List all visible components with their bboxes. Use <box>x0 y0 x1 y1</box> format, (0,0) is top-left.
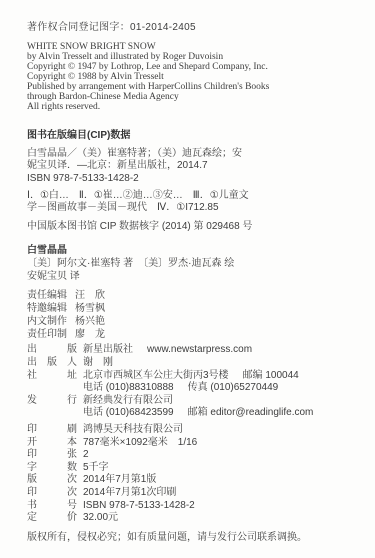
cip-isbn-line: ISBN 978-7-5133-1428-2 <box>27 173 357 185</box>
format-value: 787毫米×1092毫米 1/16 <box>83 437 197 448</box>
row-label: 印张 <box>27 449 77 462</box>
isbn-value: ISBN 978-7-5133-1428-2 <box>83 500 195 511</box>
credit-name: 汪 欣 <box>75 290 105 301</box>
row-label: 版次 <box>27 474 77 487</box>
postal-code: 邮编 100044 <box>243 370 299 381</box>
row-label: 社址 <box>27 370 77 383</box>
cip-class-line: 学－图画故事－美国－现代 Ⅳ．①I712.85 <box>27 202 357 214</box>
printing-info: 印刷鸿博昊天科技有限公司 开本787毫米×1092毫米 1/16 印张2 字数5… <box>27 424 357 525</box>
credit-label: 责任印制 <box>27 329 67 340</box>
credit-row-guest-editor: 特邀编辑杨雪枫 <box>27 302 357 315</box>
publishing-info: 出版新星出版社www.newstarpress.com 出版人谢 刚 社址北京市… <box>27 344 357 420</box>
cip-record-number: 中国版本图书馆 CIP 数据核字 (2014) 第 029468 号 <box>27 221 357 233</box>
sheets-value: 2 <box>83 449 89 460</box>
english-copyright-block: WHITE SNOW BRIGHT SNOW by Alvin Tresselt… <box>27 42 357 112</box>
row-label: 出版人 <box>27 357 77 370</box>
english-byline: by Alvin Tresselt and illustrated by Rog… <box>27 52 357 62</box>
word-count-value: 5千字 <box>83 462 109 473</box>
copyright-1988-line: Copyright © 1988 by Alvin Tresselt <box>27 72 357 82</box>
row-publisher: 出版新星出版社www.newstarpress.com <box>27 344 357 357</box>
printer-name: 鸿博昊天科技有限公司 <box>83 424 183 435</box>
credit-label: 责任编辑 <box>27 290 67 301</box>
row-distributor-phone: 电话 (010)68423599邮箱 editor@readinglife.co… <box>27 407 357 420</box>
staff-credits: 责任编辑汪 欣 特邀编辑杨雪枫 内文制作杨兴艳 责任印制廖 龙 <box>27 289 357 341</box>
publisher-address: 北京市西城区车公庄大街丙3号楼 <box>83 370 229 381</box>
copyright-registration-line: 著作权合同登记图字：01-2014-2405 <box>27 22 357 34</box>
distributor-phone: 电话 (010)68423599 <box>83 407 174 418</box>
rights-notice: 版权所有，侵权必究；如有质量问题，请与发行公司联系调换。 <box>27 532 357 543</box>
cip-desc-line: 妮宝贝译．—北京：新星出版社，2014.7 <box>27 160 357 172</box>
impression-value: 2014年7月第1次印刷 <box>83 487 176 498</box>
distributor-name: 新经典发行有限公司 <box>83 395 173 406</box>
colophon-page: 著作权合同登记图字：01-2014-2405 WHITE SNOW BRIGHT… <box>0 0 375 558</box>
credit-label: 特邀编辑 <box>27 303 67 314</box>
credit-row-layout: 内文制作杨兴艳 <box>27 315 357 328</box>
row-isbn: 书号ISBN 978-7-5133-1428-2 <box>27 500 357 513</box>
row-sheets: 印张2 <box>27 449 357 462</box>
row-label: 书号 <box>27 500 77 513</box>
row-format: 开本787毫米×1092毫米 1/16 <box>27 437 357 450</box>
agency-line: through Bardon-Chinese Media Agency <box>27 92 357 102</box>
credit-name: 杨雪枫 <box>75 303 105 314</box>
publisher-person-name: 谢 刚 <box>83 357 113 368</box>
row-address: 社址北京市西城区车公庄大街丙3号楼邮编 100044 <box>27 370 357 383</box>
row-label: 定价 <box>27 512 77 525</box>
row-label: 字数 <box>27 462 77 475</box>
credit-row-editor: 责任编辑汪 欣 <box>27 289 357 302</box>
credit-name: 廖 龙 <box>75 329 105 340</box>
credit-name: 杨兴艳 <box>75 316 105 327</box>
row-label: 印次 <box>27 487 77 500</box>
row-printer: 印刷鸿博昊天科技有限公司 <box>27 424 357 437</box>
author-illustrator-line: 〔美〕阿尔文·崔塞特 著 〔美〕罗杰·迪瓦森 绘 <box>27 257 357 270</box>
cip-class-line: Ⅰ．①白… Ⅱ．①崔…②迪…③安… Ⅲ．①儿童文 <box>27 190 357 202</box>
credit-label: 内文制作 <box>27 316 67 327</box>
row-label: 开本 <box>27 437 77 450</box>
cip-header: 图书在版编目(CIP)数据 <box>27 129 357 142</box>
row-price: 定价32.00元 <box>27 512 357 525</box>
row-distributor: 发行新经典发行有限公司 <box>27 395 357 408</box>
copyright-1947-line: Copyright © 1947 by Lothrop, Lee and She… <box>27 62 357 72</box>
row-word-count: 字数5千字 <box>27 462 357 475</box>
row-edition: 版次2014年7月第1版 <box>27 474 357 487</box>
row-label: 发行 <box>27 395 77 408</box>
price-value: 32.00元 <box>83 512 118 523</box>
arrangement-line: Published by arrangement with HarperColl… <box>27 82 357 92</box>
row-publisher-person: 出版人谢 刚 <box>27 357 357 370</box>
publisher-website: www.newstarpress.com <box>147 344 252 355</box>
cip-desc-line: 白雪晶晶／（美）崔塞特著；（美）迪瓦森绘；安 <box>27 148 357 160</box>
publisher-phone: 电话 (010)88310888 <box>83 382 174 393</box>
row-publisher-phone: 电话 (010)88310888传真 (010)65270449 <box>27 382 357 395</box>
row-impression: 印次2014年7月第1次印刷 <box>27 487 357 500</box>
book-title: 白雪晶晶 <box>27 244 357 257</box>
cip-classification: Ⅰ．①白… Ⅱ．①崔…②迪…③安… Ⅲ．①儿童文 学－图画故事－美国－现代 Ⅳ．… <box>27 190 357 215</box>
translator-line: 安妮宝贝 译 <box>27 270 357 283</box>
credit-row-print-supervisor: 责任印制廖 龙 <box>27 328 357 341</box>
english-title: WHITE SNOW BRIGHT SNOW <box>27 42 357 52</box>
row-label: 印刷 <box>27 424 77 437</box>
edition-value: 2014年7月第1版 <box>83 474 156 485</box>
publisher-fax: 传真 (010)65270449 <box>188 382 279 393</box>
row-label: 出版 <box>27 344 77 357</box>
distributor-email: 邮箱 editor@readinglife.com <box>188 407 314 418</box>
publisher-name: 新星出版社 <box>83 344 133 355</box>
rights-reserved-line: All rights reserved. <box>27 102 357 112</box>
cip-description: 白雪晶晶／（美）崔塞特著；（美）迪瓦森绘；安 妮宝贝译．—北京：新星出版社，20… <box>27 148 357 185</box>
